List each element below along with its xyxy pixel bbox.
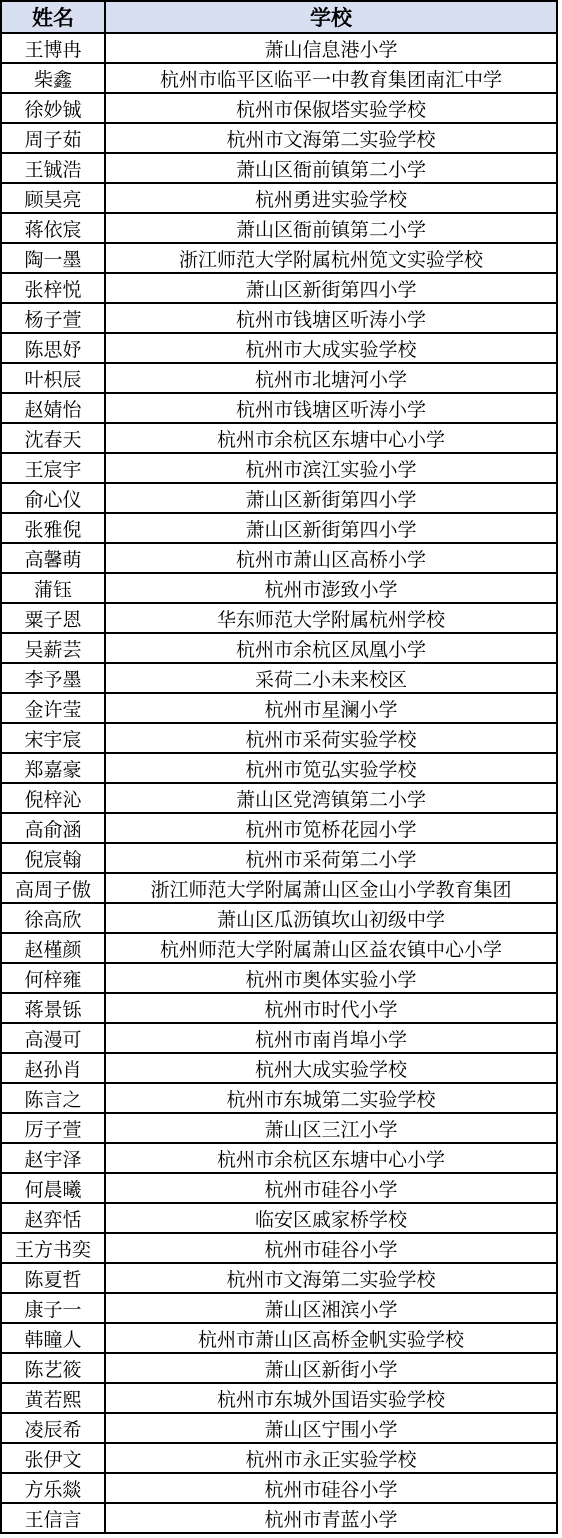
name-cell: 沈春天 <box>1 423 105 453</box>
school-cell: 杭州市硅谷小学 <box>105 1233 557 1263</box>
name-cell: 何梓雍 <box>1 963 105 993</box>
name-cell: 蒋依宸 <box>1 213 105 243</box>
table-row: 郑嘉豪 杭州市笕弘实验学校 <box>1 753 557 783</box>
table-row: 张梓悦 萧山区新街第四小学 <box>1 273 557 303</box>
school-cell: 杭州市北塘河小学 <box>105 363 557 393</box>
name-cell: 蒋景铄 <box>1 993 105 1023</box>
name-cell: 陈夏哲 <box>1 1263 105 1293</box>
name-cell: 赵婧怡 <box>1 393 105 423</box>
school-cell: 萧山区新街第四小学 <box>105 513 557 543</box>
table-body: 王博冉 萧山信息港小学 柴鑫 杭州市临平区临平一中教育集团南汇中学 徐妙铖 杭州… <box>1 33 557 1533</box>
name-cell: 俞心仪 <box>1 483 105 513</box>
school-cell: 萧山区三江小学 <box>105 1113 557 1143</box>
name-cell: 高周子傲 <box>1 873 105 903</box>
name-cell: 杨子萱 <box>1 303 105 333</box>
name-cell: 高俞涵 <box>1 813 105 843</box>
name-cell: 何晨曦 <box>1 1173 105 1203</box>
table-row: 赵宇泽 杭州市余杭区东塘中心小学 <box>1 1143 557 1173</box>
name-cell: 张梓悦 <box>1 273 105 303</box>
table-row: 陈夏哲 杭州市文海第二实验学校 <box>1 1263 557 1293</box>
table-row: 康子一 萧山区湘滨小学 <box>1 1293 557 1323</box>
header-name: 姓名 <box>1 1 105 33</box>
name-cell: 方乐燚 <box>1 1473 105 1503</box>
school-cell: 采荷二小未来校区 <box>105 663 557 693</box>
school-cell: 杭州市永正实验学校 <box>105 1443 557 1473</box>
name-cell: 叶枳辰 <box>1 363 105 393</box>
header-school: 学校 <box>105 1 557 33</box>
table-row: 黄若熙 杭州市东城外国语实验学校 <box>1 1383 557 1413</box>
name-cell: 陈言之 <box>1 1083 105 1113</box>
school-cell: 杭州市临平区临平一中教育集团南汇中学 <box>105 63 557 93</box>
name-cell: 王宸宇 <box>1 453 105 483</box>
table-row: 韩瞳人 杭州市萧山区高桥金帆实验学校 <box>1 1323 557 1353</box>
name-cell: 王博冉 <box>1 33 105 63</box>
table-row: 赵弈恬 临安区戚家桥学校 <box>1 1203 557 1233</box>
table-row: 俞心仪 萧山区新街第四小学 <box>1 483 557 513</box>
table-row: 陈思妤 杭州市大成实验学校 <box>1 333 557 363</box>
table-row: 徐高欣 萧山区瓜沥镇坎山初级中学 <box>1 903 557 933</box>
school-cell: 萧山区党湾镇第二小学 <box>105 783 557 813</box>
name-cell: 康子一 <box>1 1293 105 1323</box>
name-cell: 郑嘉豪 <box>1 753 105 783</box>
school-cell: 杭州市钱塘区听涛小学 <box>105 393 557 423</box>
school-cell: 杭州市文海第二实验学校 <box>105 123 557 153</box>
school-cell: 临安区戚家桥学校 <box>105 1203 557 1233</box>
school-cell: 杭州市东城外国语实验学校 <box>105 1383 557 1413</box>
table-row: 赵孙肖 杭州大成实验学校 <box>1 1053 557 1083</box>
school-cell: 杭州市东城第二实验学校 <box>105 1083 557 1113</box>
table-row: 李予墨 采荷二小未来校区 <box>1 663 557 693</box>
table-row: 何梓雍 杭州市奥体实验小学 <box>1 963 557 993</box>
school-cell: 杭州市大成实验学校 <box>105 333 557 363</box>
school-cell: 华东师范大学附属杭州学校 <box>105 603 557 633</box>
table-row: 粟子恩 华东师范大学附属杭州学校 <box>1 603 557 633</box>
school-cell: 杭州市萧山区高桥金帆实验学校 <box>105 1323 557 1353</box>
table-row: 高俞涵 杭州市笕桥花园小学 <box>1 813 557 843</box>
school-cell: 杭州市硅谷小学 <box>105 1473 557 1503</box>
table-row: 王宸宇 杭州市滨江实验小学 <box>1 453 557 483</box>
table-row: 蒋依宸 萧山区衙前镇第二小学 <box>1 213 557 243</box>
school-cell: 杭州市文海第二实验学校 <box>105 1263 557 1293</box>
school-cell: 萧山区新街第四小学 <box>105 483 557 513</box>
table-row: 顾昊亮 杭州勇进实验学校 <box>1 183 557 213</box>
name-cell: 赵宇泽 <box>1 1143 105 1173</box>
table-row: 金许莹 杭州市星澜小学 <box>1 693 557 723</box>
name-cell: 王铖浩 <box>1 153 105 183</box>
table-row: 沈春天 杭州市余杭区东塘中心小学 <box>1 423 557 453</box>
table-row: 陶一墨 浙江师范大学附属杭州笕文实验学校 <box>1 243 557 273</box>
name-cell: 陈思妤 <box>1 333 105 363</box>
table-row: 徐妙铖 杭州市保俶塔实验学校 <box>1 93 557 123</box>
school-cell: 杭州市余杭区东塘中心小学 <box>105 423 557 453</box>
school-cell: 杭州市笕弘实验学校 <box>105 753 557 783</box>
school-cell: 萧山区新街小学 <box>105 1353 557 1383</box>
name-cell: 高馨萌 <box>1 543 105 573</box>
school-cell: 杭州市澎致小学 <box>105 573 557 603</box>
name-cell: 陈艺筱 <box>1 1353 105 1383</box>
table-row: 蒋景铄 杭州市时代小学 <box>1 993 557 1023</box>
table-row: 倪梓沁 萧山区党湾镇第二小学 <box>1 783 557 813</box>
table-row: 赵槿颜 杭州师范大学附属萧山区益农镇中心小学 <box>1 933 557 963</box>
name-cell: 周子茹 <box>1 123 105 153</box>
name-cell: 李予墨 <box>1 663 105 693</box>
name-cell: 顾昊亮 <box>1 183 105 213</box>
school-cell: 杭州市余杭区凤凰小学 <box>105 633 557 663</box>
school-cell: 萧山区宁围小学 <box>105 1413 557 1443</box>
table-row: 厉子萱 萧山区三江小学 <box>1 1113 557 1143</box>
name-cell: 陶一墨 <box>1 243 105 273</box>
name-cell: 张伊文 <box>1 1443 105 1473</box>
school-cell: 杭州市硅谷小学 <box>105 1173 557 1203</box>
table-row: 陈艺筱 萧山区新街小学 <box>1 1353 557 1383</box>
name-cell: 吴薪芸 <box>1 633 105 663</box>
name-cell: 徐妙铖 <box>1 93 105 123</box>
table-row: 高漫可 杭州市南肖埠小学 <box>1 1023 557 1053</box>
school-cell: 杭州大成实验学校 <box>105 1053 557 1083</box>
table-row: 倪宸翰 杭州市采荷第二小学 <box>1 843 557 873</box>
table-row: 高周子傲 浙江师范大学附属萧山区金山小学教育集团 <box>1 873 557 903</box>
name-cell: 倪梓沁 <box>1 783 105 813</box>
school-cell: 萧山信息港小学 <box>105 33 557 63</box>
school-cell: 杭州师范大学附属萧山区益农镇中心小学 <box>105 933 557 963</box>
table-header-row: 姓名 学校 <box>1 1 557 33</box>
table-row: 王信言 杭州市青蓝小学 <box>1 1503 557 1533</box>
table-row: 吴薪芸 杭州市余杭区凤凰小学 <box>1 633 557 663</box>
name-cell: 王信言 <box>1 1503 105 1533</box>
name-cell: 王方书奕 <box>1 1233 105 1263</box>
table-row: 王铖浩 萧山区衙前镇第二小学 <box>1 153 557 183</box>
table-row: 陈言之 杭州市东城第二实验学校 <box>1 1083 557 1113</box>
school-cell: 萧山区衙前镇第二小学 <box>105 213 557 243</box>
school-cell: 萧山区衙前镇第二小学 <box>105 153 557 183</box>
table-row: 王博冉 萧山信息港小学 <box>1 33 557 63</box>
school-cell: 杭州市采荷第二小学 <box>105 843 557 873</box>
name-cell: 徐高欣 <box>1 903 105 933</box>
name-cell: 蒲钰 <box>1 573 105 603</box>
table-row: 方乐燚 杭州市硅谷小学 <box>1 1473 557 1503</box>
name-cell: 高漫可 <box>1 1023 105 1053</box>
name-cell: 倪宸翰 <box>1 843 105 873</box>
school-cell: 萧山区新街第四小学 <box>105 273 557 303</box>
name-cell: 张雅倪 <box>1 513 105 543</box>
table-row: 柴鑫 杭州市临平区临平一中教育集团南汇中学 <box>1 63 557 93</box>
school-cell: 杭州市南肖埠小学 <box>105 1023 557 1053</box>
table-row: 杨子萱 杭州市钱塘区听涛小学 <box>1 303 557 333</box>
page: 姓名 学校 王博冉 萧山信息港小学 柴鑫 杭州市临平区临平一中教育集团南汇中学 … <box>0 0 562 1538</box>
table-row: 高馨萌 杭州市萧山区高桥小学 <box>1 543 557 573</box>
roster-table: 姓名 学校 王博冉 萧山信息港小学 柴鑫 杭州市临平区临平一中教育集团南汇中学 … <box>0 0 558 1534</box>
table-row: 周子茹 杭州市文海第二实验学校 <box>1 123 557 153</box>
school-cell: 浙江师范大学附属杭州笕文实验学校 <box>105 243 557 273</box>
school-cell: 杭州市星澜小学 <box>105 693 557 723</box>
name-cell: 宋宇宸 <box>1 723 105 753</box>
name-cell: 黄若熙 <box>1 1383 105 1413</box>
school-cell: 浙江师范大学附属萧山区金山小学教育集团 <box>105 873 557 903</box>
name-cell: 韩瞳人 <box>1 1323 105 1353</box>
school-cell: 杭州市奥体实验小学 <box>105 963 557 993</box>
school-cell: 萧山区湘滨小学 <box>105 1293 557 1323</box>
table-row: 张雅倪 萧山区新街第四小学 <box>1 513 557 543</box>
table-row: 赵婧怡 杭州市钱塘区听涛小学 <box>1 393 557 423</box>
school-cell: 杭州市笕桥花园小学 <box>105 813 557 843</box>
school-cell: 杭州市钱塘区听涛小学 <box>105 303 557 333</box>
table-row: 凌辰希 萧山区宁围小学 <box>1 1413 557 1443</box>
table-row: 宋宇宸 杭州市采荷实验学校 <box>1 723 557 753</box>
school-cell: 杭州市余杭区东塘中心小学 <box>105 1143 557 1173</box>
table-row: 叶枳辰 杭州市北塘河小学 <box>1 363 557 393</box>
name-cell: 厉子萱 <box>1 1113 105 1143</box>
school-cell: 杭州市时代小学 <box>105 993 557 1023</box>
school-cell: 杭州市滨江实验小学 <box>105 453 557 483</box>
name-cell: 赵弈恬 <box>1 1203 105 1233</box>
table-row: 蒲钰 杭州市澎致小学 <box>1 573 557 603</box>
table-row: 张伊文 杭州市永正实验学校 <box>1 1443 557 1473</box>
school-cell: 杭州市青蓝小学 <box>105 1503 557 1533</box>
name-cell: 赵槿颜 <box>1 933 105 963</box>
name-cell: 金许莹 <box>1 693 105 723</box>
school-cell: 杭州市采荷实验学校 <box>105 723 557 753</box>
school-cell: 杭州市萧山区高桥小学 <box>105 543 557 573</box>
school-cell: 杭州市保俶塔实验学校 <box>105 93 557 123</box>
table-row: 何晨曦 杭州市硅谷小学 <box>1 1173 557 1203</box>
school-cell: 杭州勇进实验学校 <box>105 183 557 213</box>
name-cell: 凌辰希 <box>1 1413 105 1443</box>
name-cell: 粟子恩 <box>1 603 105 633</box>
school-cell: 萧山区瓜沥镇坎山初级中学 <box>105 903 557 933</box>
name-cell: 柴鑫 <box>1 63 105 93</box>
table-row: 王方书奕 杭州市硅谷小学 <box>1 1233 557 1263</box>
name-cell: 赵孙肖 <box>1 1053 105 1083</box>
